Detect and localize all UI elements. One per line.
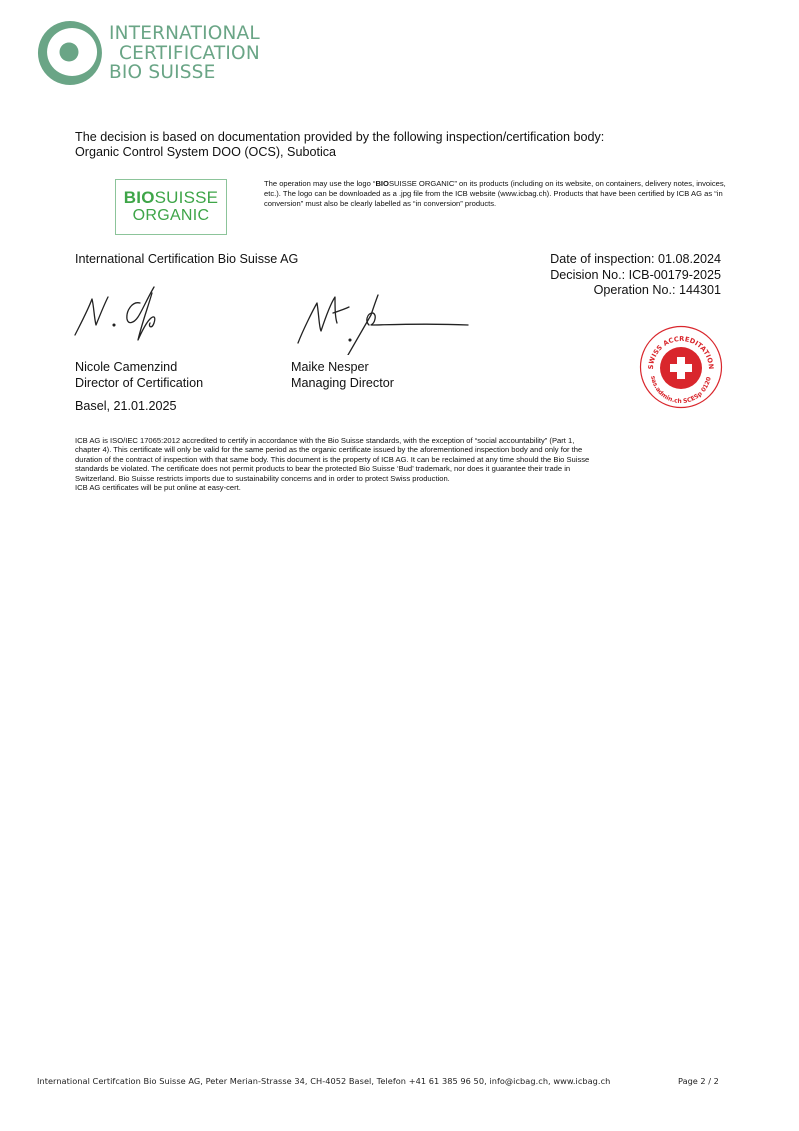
signer-1-name: Nicole Camenzind bbox=[75, 360, 203, 376]
page-number: Page 2 / 2 bbox=[678, 1076, 719, 1087]
legal-notice: ICB AG is ISO/IEC 17065:2012 accredited … bbox=[75, 436, 730, 492]
swiss-accreditation-seal-icon: SWISS ACCREDITATION sas.admin.ch SCESp 0… bbox=[639, 325, 723, 409]
legal-line: ICB AG certificates will be put online a… bbox=[75, 483, 730, 492]
signer-1-title: Director of Certification bbox=[75, 376, 203, 392]
logo-line-2: CERTIFICATION bbox=[109, 44, 260, 64]
legal-line: Switzerland. Bio Suisse restricts import… bbox=[75, 474, 730, 483]
signer-1: Nicole Camenzind Director of Certificati… bbox=[75, 360, 203, 391]
badge-line-2: ORGANIC bbox=[116, 207, 226, 225]
badge-bold: BIO bbox=[124, 188, 155, 207]
decision-number: Decision No.: ICB-00179-2025 bbox=[550, 268, 721, 284]
signer-2-name: Maike Nesper bbox=[291, 360, 394, 376]
decision-details: Date of inspection: 01.08.2024 Decision … bbox=[550, 252, 721, 299]
footer-address: International Certifcation Bio Suisse AG… bbox=[37, 1076, 610, 1087]
legal-line: chapter 4). This certificate will only b… bbox=[75, 445, 730, 454]
legal-line: standards be violated. The certificate d… bbox=[75, 464, 730, 473]
signature-nicole-camenzind bbox=[70, 285, 170, 345]
legal-line: ICB AG is ISO/IEC 17065:2012 accredited … bbox=[75, 436, 730, 445]
intro-text: The decision is based on documentation p… bbox=[75, 130, 604, 160]
header-logo-text: INTERNATIONAL CERTIFICATION BIO SUISSE bbox=[109, 24, 260, 83]
signer-2-title: Managing Director bbox=[291, 376, 394, 392]
signer-2: Maike Nesper Managing Director bbox=[291, 360, 394, 391]
logo-line-3: BIO SUISSE bbox=[109, 63, 260, 83]
logo-usage-note: The operation may use the logo “BIOSUISS… bbox=[264, 179, 734, 209]
logo-line-1: INTERNATIONAL bbox=[109, 24, 260, 44]
biosuisse-organic-logo: BIOSUISSE ORGANIC bbox=[115, 179, 227, 235]
logo-note-bold: BIO bbox=[375, 179, 389, 188]
legal-line: duration of the contract of inspection w… bbox=[75, 455, 730, 464]
inspection-body: Organic Control System DOO (OCS), Suboti… bbox=[75, 145, 604, 160]
intro-line-1: The decision is based on documentation p… bbox=[75, 130, 604, 145]
badge-rest: SUISSE bbox=[155, 188, 219, 207]
date-of-inspection: Date of inspection: 01.08.2024 bbox=[550, 252, 721, 268]
place-and-date: Basel, 21.01.2025 bbox=[75, 399, 177, 414]
operation-number: Operation No.: 144301 bbox=[550, 283, 721, 299]
signature-maike-nesper bbox=[293, 285, 473, 355]
icb-ring-icon bbox=[37, 20, 103, 86]
logo-note-pre: The operation may use the logo “ bbox=[264, 179, 375, 188]
issuer-name: International Certification Bio Suisse A… bbox=[75, 252, 298, 267]
